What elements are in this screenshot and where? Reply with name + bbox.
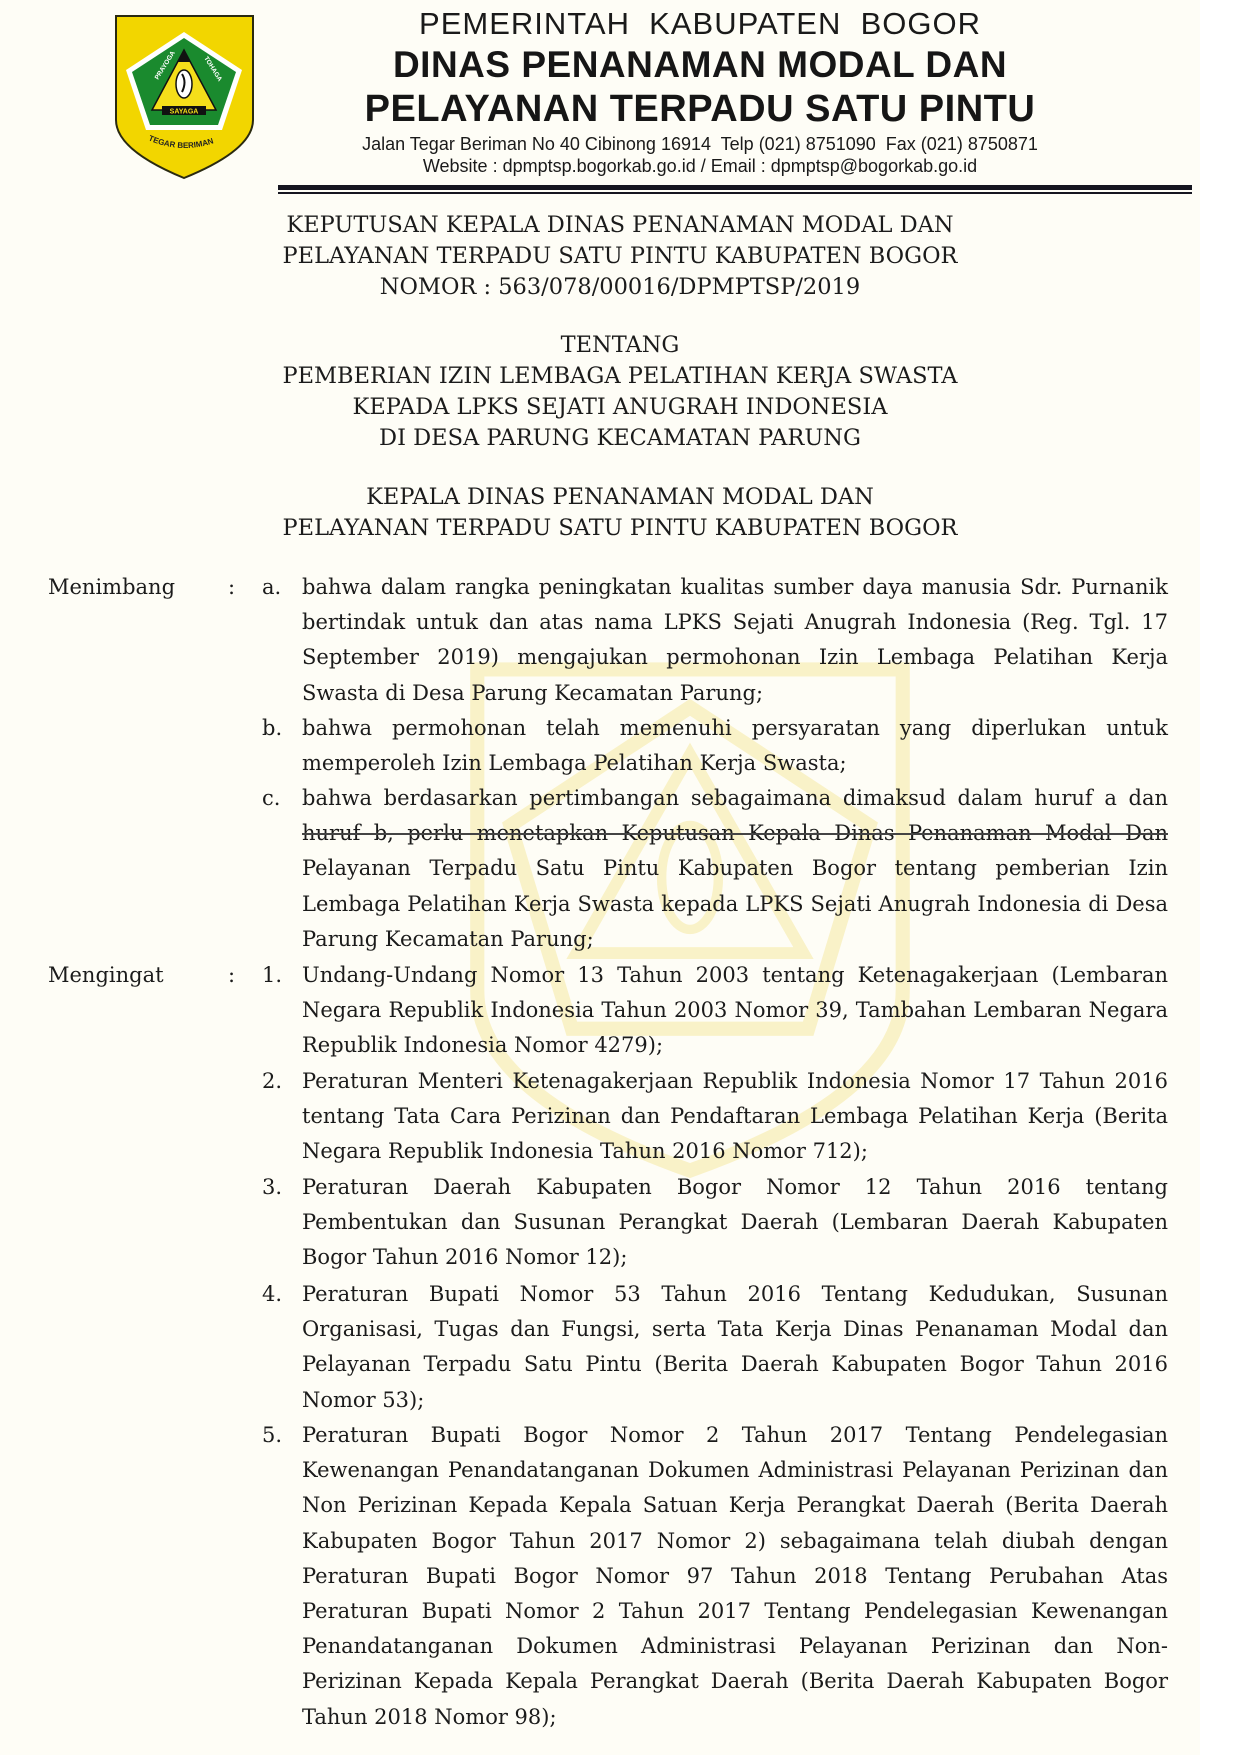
mengingat-item-5: 5. Peraturan Bupati Bogor Nomor 2 Tahun … bbox=[262, 1418, 1168, 1735]
item-text-struck-part: huruf b, perlu menetapkan Keputusan Kepa… bbox=[302, 821, 1168, 845]
letterhead-agency-line2: PELAYANAN TERPADU SATU PINTU bbox=[300, 88, 1100, 131]
item-marker: c. bbox=[262, 781, 302, 816]
item-text-part: bahwa berdasarkan pertimbangan sebagaima… bbox=[302, 786, 1168, 810]
item-text: bahwa berdasarkan pertimbangan sebagaima… bbox=[302, 781, 1168, 957]
item-marker: a. bbox=[262, 570, 302, 605]
item-text: Peraturan Bupati Nomor 53 Tahun 2016 Ten… bbox=[302, 1277, 1168, 1418]
subject-heading: TENTANG bbox=[200, 330, 1040, 361]
decree-title: KEPUTUSAN KEPALA DINAS PENANAMAN MODAL D… bbox=[200, 210, 1040, 303]
decree-title-line: PELAYANAN TERPADU SATU PINTU KABUPATEN B… bbox=[200, 241, 1040, 272]
item-text: bahwa dalam rangka peningkatan kualitas … bbox=[302, 570, 1168, 711]
item-text: Peraturan Daerah Kabupaten Bogor Nomor 1… bbox=[302, 1170, 1168, 1276]
item-text: bahwa permohonan telah memenuhi persyara… bbox=[302, 711, 1168, 781]
svg-text:SAYAGA: SAYAGA bbox=[170, 109, 199, 116]
subject-line: DI DESA PARUNG KECAMATAN PARUNG bbox=[200, 423, 1040, 454]
menimbang-item-b: b. bahwa permohonan telah memenuhi persy… bbox=[262, 711, 1168, 781]
menimbang-label: Menimbang bbox=[48, 575, 175, 599]
subject-line: PEMBERIAN IZIN LEMBAGA PELATIHAN KERJA S… bbox=[200, 361, 1040, 392]
mengingat-item-3: 3. Peraturan Daerah Kabupaten Bogor Nomo… bbox=[262, 1170, 1168, 1276]
decree-title-line: KEPUTUSAN KEPALA DINAS PENANAMAN MODAL D… bbox=[200, 210, 1040, 241]
item-text: Peraturan Bupati Bogor Nomor 2 Tahun 201… bbox=[302, 1418, 1168, 1735]
item-marker: 2. bbox=[262, 1064, 302, 1099]
letterhead-divider-thin bbox=[278, 192, 1192, 194]
letterhead-agency-line1: DINAS PENANAMAN MODAL DAN bbox=[300, 44, 1100, 86]
decree-number: NOMOR : 563/078/00016/DPMPTSP/2019 bbox=[200, 272, 1040, 303]
kabupaten-bogor-emblem-icon: SAYAGA PRAYOGA TOHAGA TEGAR BERIMAN bbox=[112, 12, 257, 182]
decree-authority: KEPALA DINAS PENANAMAN MODAL DAN PELAYAN… bbox=[200, 482, 1040, 544]
menimbang-colon: : bbox=[228, 575, 235, 599]
item-marker: 5. bbox=[262, 1418, 302, 1453]
item-marker: 4. bbox=[262, 1277, 302, 1312]
letterhead-divider bbox=[278, 185, 1192, 190]
mengingat-item-2: 2. Peraturan Menteri Ketenagakerjaan Rep… bbox=[262, 1064, 1168, 1170]
item-marker: 3. bbox=[262, 1170, 302, 1205]
mengingat-item-1: 1. Undang-Undang Nomor 13 Tahun 2003 ten… bbox=[262, 958, 1168, 1064]
letterhead-address: Jalan Tegar Beriman No 40 Cibinong 16914… bbox=[270, 134, 1130, 155]
item-marker: b. bbox=[262, 711, 302, 746]
menimbang-item-c: c. bahwa berdasarkan pertimbangan sebaga… bbox=[262, 781, 1168, 957]
authority-line: KEPALA DINAS PENANAMAN MODAL DAN bbox=[200, 482, 1040, 513]
item-marker: 1. bbox=[262, 958, 302, 993]
item-text: Peraturan Menteri Ketenagakerjaan Republ… bbox=[302, 1064, 1168, 1170]
decree-subject: TENTANG PEMBERIAN IZIN LEMBAGA PELATIHAN… bbox=[200, 330, 1040, 454]
mengingat-colon: : bbox=[228, 963, 235, 987]
menimbang-item-a: a. bahwa dalam rangka peningkatan kualit… bbox=[262, 570, 1168, 711]
mengingat-label: Mengingat bbox=[48, 963, 164, 987]
subject-line: KEPADA LPKS SEJATI ANUGRAH INDONESIA bbox=[200, 392, 1040, 423]
authority-line: PELAYANAN TERPADU SATU PINTU KABUPATEN B… bbox=[200, 513, 1040, 544]
item-text: Undang-Undang Nomor 13 Tahun 2003 tentan… bbox=[302, 958, 1168, 1064]
letterhead-government: PEMERINTAH KABUPATEN BOGOR bbox=[300, 6, 1100, 42]
letterhead-website-email: Website : dpmptsp.bogorkab.go.id / Email… bbox=[270, 156, 1130, 177]
item-text-part: Pelayanan Terpadu Satu Pintu Kabupaten B… bbox=[302, 856, 1168, 950]
mengingat-item-4: 4. Peraturan Bupati Nomor 53 Tahun 2016 … bbox=[262, 1277, 1168, 1418]
document-page: SAYAGA PRAYOGA TOHAGA TEGAR BERIMAN PEME… bbox=[0, 0, 1200, 1755]
